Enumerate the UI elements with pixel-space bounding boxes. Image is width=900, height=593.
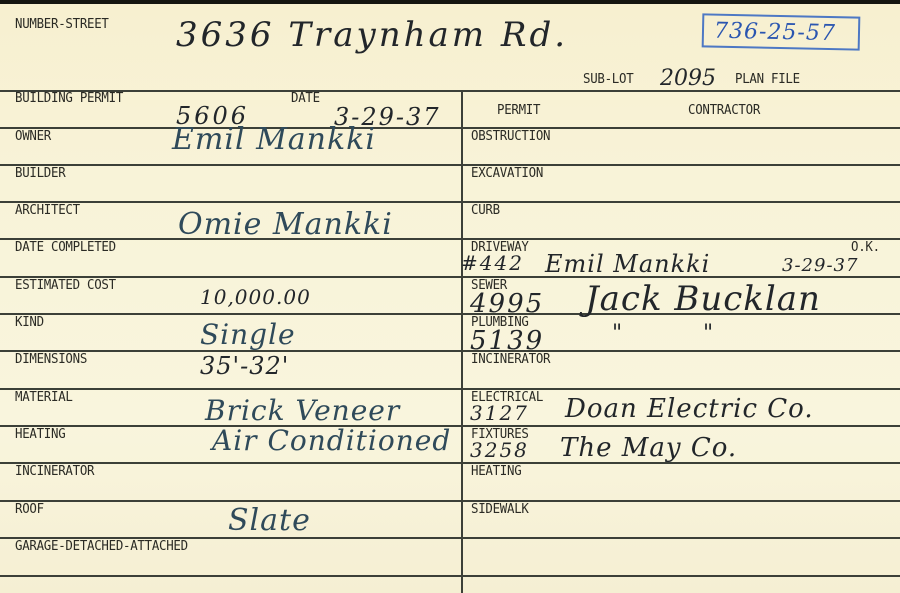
rule bbox=[463, 537, 900, 539]
number-street-label: NUMBER-STREET bbox=[15, 18, 109, 32]
contractor-header: CONTRACTOR bbox=[688, 104, 760, 118]
field-label-heating: HEATING bbox=[15, 428, 65, 442]
field-label-owner: OWNER bbox=[15, 130, 51, 144]
contractor-sewer: Jack Bucklan bbox=[585, 282, 821, 316]
permit-number-driveway: #442 bbox=[461, 253, 524, 273]
rule bbox=[0, 164, 461, 166]
rule bbox=[0, 313, 461, 315]
sublot-label: SUB-LOT bbox=[583, 73, 633, 87]
field-label-garage-detached-attached: GARAGE-DETACHED-ATTACHED bbox=[15, 540, 188, 554]
field-value-material: Brick Veneer bbox=[205, 397, 400, 425]
rule bbox=[0, 127, 900, 129]
field-value-dimensions: 35'-32' bbox=[200, 354, 289, 378]
field-label-dimensions: DIMENSIONS bbox=[15, 353, 87, 367]
field-label-roof: ROOF bbox=[15, 503, 44, 517]
field-value-estimated-cost: 10,000.00 bbox=[200, 287, 311, 307]
contractor-driveway: Emil Mankki bbox=[545, 252, 710, 276]
permit-header: PERMIT bbox=[497, 104, 540, 118]
permit-number-electrical: 3127 bbox=[470, 403, 529, 423]
rule bbox=[463, 575, 900, 577]
contractor-electrical: Doan Electric Co. bbox=[565, 396, 814, 422]
field-label-kind: KIND bbox=[15, 316, 44, 330]
sublot-value: 2095 bbox=[660, 68, 716, 90]
field-value-owner: Emil Mankki bbox=[172, 125, 376, 155]
permit-label-curb: CURB bbox=[471, 204, 500, 218]
building-permit-label: BUILDING PERMIT bbox=[15, 92, 123, 106]
record-number-stamp: 736-25-57 bbox=[702, 13, 861, 50]
field-label-date-completed: DATE COMPLETED bbox=[15, 241, 116, 255]
record-number-value: 736-25-57 bbox=[714, 19, 836, 47]
ok-mark: O.K. bbox=[851, 241, 880, 255]
permit-label-obstruction: OBSTRUCTION bbox=[471, 130, 550, 144]
field-value-heating: Air Conditioned bbox=[212, 427, 451, 455]
permit-label-excavation: EXCAVATION bbox=[471, 167, 543, 181]
rule bbox=[463, 201, 900, 203]
field-label-incinerator: INCINERATOR bbox=[15, 465, 94, 479]
address-value: 3636 Traynham Rd. bbox=[176, 18, 568, 52]
permit-label-heating: HEATING bbox=[471, 465, 521, 479]
rule bbox=[0, 500, 461, 502]
permit-label-sidewalk: SIDEWALK bbox=[471, 503, 529, 517]
building-permit-card: NUMBER-STREET 3636 Traynham Rd. 736-25-5… bbox=[0, 4, 900, 593]
contractor-plumbing: " " bbox=[612, 323, 714, 345]
plan-file-label: PLAN FILE bbox=[735, 73, 800, 87]
field-label-architect: ARCHITECT bbox=[15, 204, 80, 218]
rule bbox=[0, 90, 900, 92]
field-value-roof: Slate bbox=[228, 506, 311, 536]
date-driveway: 3-29-37 bbox=[782, 257, 858, 275]
field-label-builder: BUILDER bbox=[15, 167, 65, 181]
contractor-fixtures: The May Co. bbox=[560, 435, 737, 461]
date-label: DATE bbox=[291, 92, 320, 106]
field-value-architect: Omie Mankki bbox=[178, 210, 393, 240]
field-label-material: MATERIAL bbox=[15, 391, 73, 405]
permit-number-fixtures: 3258 bbox=[470, 440, 529, 460]
permit-label-incinerator: INCINERATOR bbox=[471, 353, 550, 367]
rule bbox=[0, 575, 461, 577]
field-value-kind: Single bbox=[200, 321, 296, 349]
field-label-estimated-cost: ESTIMATED COST bbox=[15, 279, 116, 293]
